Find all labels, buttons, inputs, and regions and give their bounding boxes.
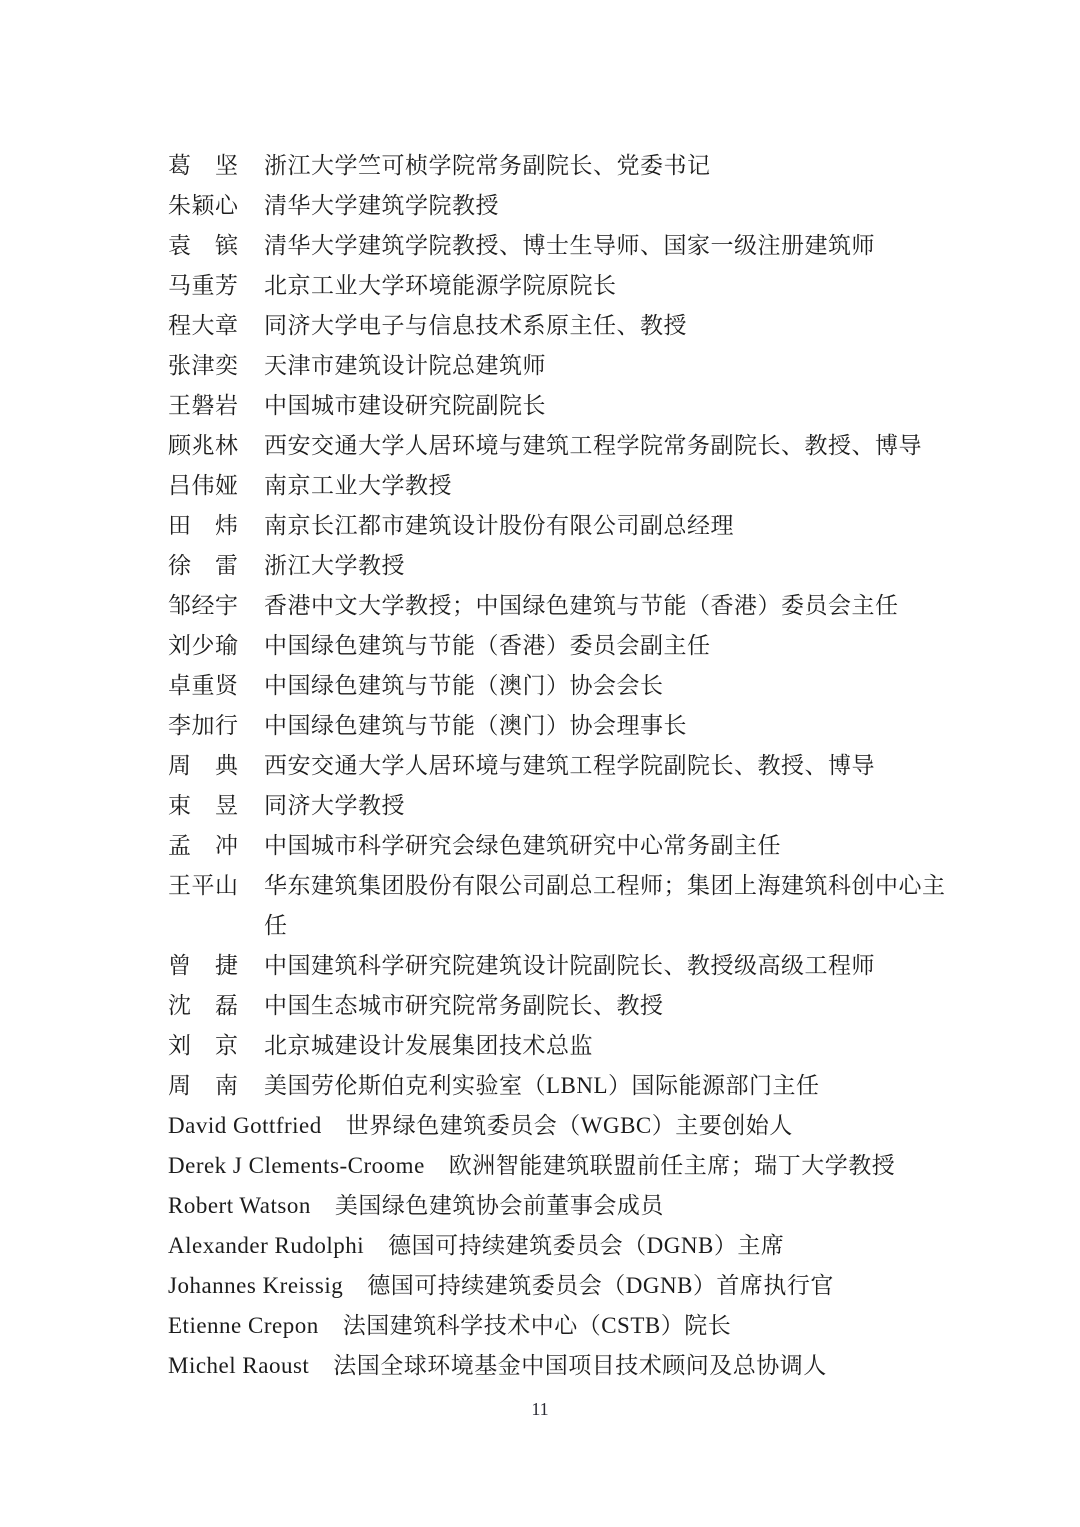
expert-title: 中国生态城市研究院常务副院长、教授 <box>264 986 664 1026</box>
expert-title: 世界绿色建筑委员会（WGBC）主要创始人 <box>346 1106 793 1146</box>
expert-name: David Gottfried <box>168 1106 322 1146</box>
expert-title: 南京工业大学教授 <box>264 466 452 506</box>
expert-name: 张津奕 <box>168 346 240 386</box>
expert-name: 田 炜 <box>168 506 240 546</box>
expert-row: Derek J Clements-Croome 欧洲智能建筑联盟前任主席；瑞丁大… <box>168 1146 968 1186</box>
expert-row: 孟 冲 中国城市科学研究会绿色建筑研究中心常务副主任 <box>168 826 968 866</box>
expert-row: 李加行 中国绿色建筑与节能（澳门）协会理事长 <box>168 706 968 746</box>
expert-row: 周 南 美国劳伦斯伯克利实验室（LBNL）国际能源部门主任 <box>168 1066 968 1106</box>
expert-title: 华东建筑集团股份有限公司副总工程师；集团上海建筑科创中心主任 <box>264 866 948 946</box>
expert-row: 邹经宇 香港中文大学教授；中国绿色建筑与节能（香港）委员会主任 <box>168 586 968 626</box>
expert-title: 香港中文大学教授；中国绿色建筑与节能（香港）委员会主任 <box>264 586 899 626</box>
expert-title: 西安交通大学人居环境与建筑工程学院常务副院长、教授、博导 <box>264 426 922 466</box>
expert-name: 吕伟娅 <box>168 466 240 506</box>
expert-row: 程大章 同济大学电子与信息技术系原主任、教授 <box>168 306 968 346</box>
expert-row: 王平山 华东建筑集团股份有限公司副总工程师；集团上海建筑科创中心主任 <box>168 866 968 946</box>
expert-name: 葛 坚 <box>168 146 240 186</box>
expert-row: 周 典 西安交通大学人居环境与建筑工程学院副院长、教授、博导 <box>168 746 968 786</box>
expert-name: Robert Watson <box>168 1186 311 1226</box>
expert-name: 沈 磊 <box>168 986 240 1026</box>
expert-title: 中国绿色建筑与节能（澳门）协会会长 <box>264 666 664 706</box>
expert-name: 徐 雷 <box>168 546 240 586</box>
expert-name: 束 昱 <box>168 786 240 826</box>
page-number: 11 <box>531 1399 548 1419</box>
expert-row: 张津奕 天津市建筑设计院总建筑师 <box>168 346 968 386</box>
expert-title: 德国可持续建筑委员会（DGNB）首席执行官 <box>367 1266 834 1306</box>
expert-title: 中国城市科学研究会绿色建筑研究中心常务副主任 <box>264 826 781 866</box>
expert-name: 卓重贤 <box>168 666 240 706</box>
expert-name: 周 典 <box>168 746 240 786</box>
expert-name: 袁 镔 <box>168 226 240 266</box>
expert-row: 袁 镔 清华大学建筑学院教授、博士生导师、国家一级注册建筑师 <box>168 226 968 266</box>
expert-name: 曾 捷 <box>168 946 240 986</box>
expert-row: Michel Raoust 法国全球环境基金中国项目技术顾问及总协调人 <box>168 1346 968 1386</box>
expert-title: 北京城建设计发展集团技术总监 <box>264 1026 593 1066</box>
expert-title: 北京工业大学环境能源学院原院长 <box>264 266 617 306</box>
expert-row: 朱颖心 清华大学建筑学院教授 <box>168 186 968 226</box>
expert-row: 田 炜 南京长江都市建筑设计股份有限公司副总经理 <box>168 506 968 546</box>
expert-title: 南京长江都市建筑设计股份有限公司副总经理 <box>264 506 734 546</box>
expert-name: 刘少瑜 <box>168 626 240 666</box>
expert-row: 吕伟娅 南京工业大学教授 <box>168 466 968 506</box>
expert-name: 马重芳 <box>168 266 240 306</box>
expert-row: 沈 磊 中国生态城市研究院常务副院长、教授 <box>168 986 968 1026</box>
expert-row: Robert Watson 美国绿色建筑协会前董事会成员 <box>168 1186 968 1226</box>
expert-row: 徐 雷 浙江大学教授 <box>168 546 968 586</box>
expert-name: Derek J Clements-Croome <box>168 1146 425 1186</box>
expert-name: 王平山 <box>168 866 240 906</box>
expert-row: 刘少瑜 中国绿色建筑与节能（香港）委员会副主任 <box>168 626 968 666</box>
expert-row: 王磐岩 中国城市建设研究院副院长 <box>168 386 968 426</box>
expert-name: 顾兆林 <box>168 426 240 466</box>
expert-name: 王磐岩 <box>168 386 240 426</box>
expert-title: 中国建筑科学研究院建筑设计院副院长、教授级高级工程师 <box>264 946 875 986</box>
expert-title: 美国劳伦斯伯克利实验室（LBNL）国际能源部门主任 <box>264 1066 820 1106</box>
expert-title: 中国绿色建筑与节能（香港）委员会副主任 <box>264 626 711 666</box>
expert-name: 邹经宇 <box>168 586 240 626</box>
expert-title: 西安交通大学人居环境与建筑工程学院副院长、教授、博导 <box>264 746 875 786</box>
expert-name: 李加行 <box>168 706 240 746</box>
expert-row: 束 昱 同济大学教授 <box>168 786 968 826</box>
expert-row: David Gottfried 世界绿色建筑委员会（WGBC）主要创始人 <box>168 1106 968 1146</box>
expert-name: 朱颖心 <box>168 186 240 226</box>
expert-title: 美国绿色建筑协会前董事会成员 <box>335 1186 664 1226</box>
expert-title: 浙江大学教授 <box>264 546 405 586</box>
expert-row: 曾 捷 中国建筑科学研究院建筑设计院副院长、教授级高级工程师 <box>168 946 968 986</box>
expert-title: 德国可持续建筑委员会（DGNB）主席 <box>388 1226 784 1266</box>
expert-title: 欧洲智能建筑联盟前任主席；瑞丁大学教授 <box>449 1146 896 1186</box>
expert-name: Michel Raoust <box>168 1346 309 1386</box>
expert-list: 葛 坚 浙江大学竺可桢学院常务副院长、党委书记 朱颖心 清华大学建筑学院教授 袁… <box>168 146 968 1386</box>
expert-title: 清华大学建筑学院教授 <box>264 186 499 226</box>
expert-title: 中国城市建设研究院副院长 <box>264 386 546 426</box>
expert-title: 同济大学电子与信息技术系原主任、教授 <box>264 306 687 346</box>
expert-title: 浙江大学竺可桢学院常务副院长、党委书记 <box>264 146 711 186</box>
expert-row: 葛 坚 浙江大学竺可桢学院常务副院长、党委书记 <box>168 146 968 186</box>
expert-title: 清华大学建筑学院教授、博士生导师、国家一级注册建筑师 <box>264 226 875 266</box>
expert-title: 同济大学教授 <box>264 786 405 826</box>
expert-row: Alexander Rudolphi 德国可持续建筑委员会（DGNB）主席 <box>168 1226 968 1266</box>
expert-name: Johannes Kreissig <box>168 1266 343 1306</box>
expert-row: 顾兆林 西安交通大学人居环境与建筑工程学院常务副院长、教授、博导 <box>168 426 968 466</box>
expert-name: 孟 冲 <box>168 826 240 866</box>
expert-row: Etienne Crepon 法国建筑科学技术中心（CSTB）院长 <box>168 1306 968 1346</box>
page-footer: 11 <box>0 1396 1080 1422</box>
expert-row: Johannes Kreissig 德国可持续建筑委员会（DGNB）首席执行官 <box>168 1266 968 1306</box>
expert-name: 程大章 <box>168 306 240 346</box>
document-page: 葛 坚 浙江大学竺可桢学院常务副院长、党委书记 朱颖心 清华大学建筑学院教授 袁… <box>0 0 1080 1527</box>
expert-row: 刘 京 北京城建设计发展集团技术总监 <box>168 1026 968 1066</box>
expert-name: 刘 京 <box>168 1026 240 1066</box>
expert-title: 法国全球环境基金中国项目技术顾问及总协调人 <box>333 1346 827 1386</box>
expert-name: Alexander Rudolphi <box>168 1226 364 1266</box>
expert-row: 卓重贤 中国绿色建筑与节能（澳门）协会会长 <box>168 666 968 706</box>
expert-title: 天津市建筑设计院总建筑师 <box>264 346 546 386</box>
expert-title: 法国建筑科学技术中心（CSTB）院长 <box>343 1306 732 1346</box>
expert-title: 中国绿色建筑与节能（澳门）协会理事长 <box>264 706 687 746</box>
expert-name: 周 南 <box>168 1066 240 1106</box>
expert-name: Etienne Crepon <box>168 1306 319 1346</box>
expert-row: 马重芳 北京工业大学环境能源学院原院长 <box>168 266 968 306</box>
